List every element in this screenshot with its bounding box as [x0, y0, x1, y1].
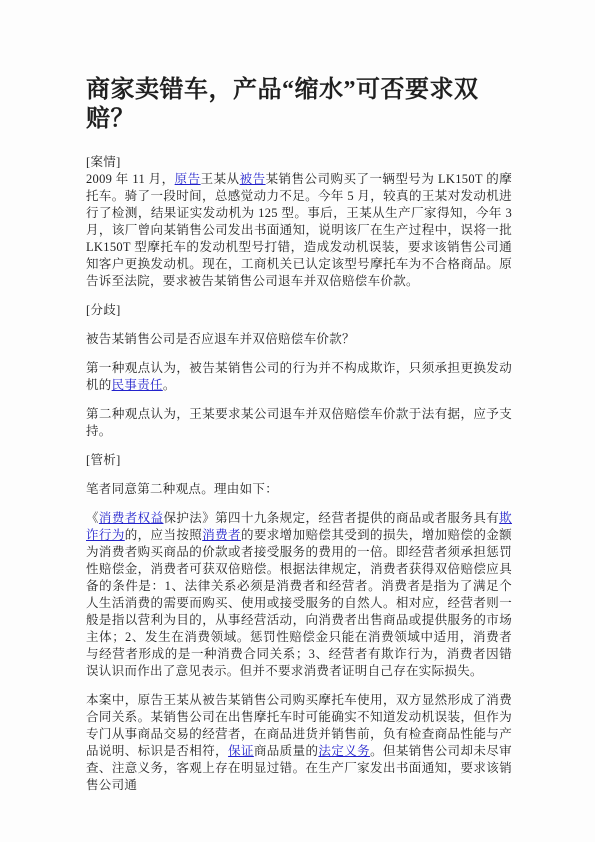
section-label-case: [案情] [86, 154, 512, 171]
inline-doc-link[interactable]: 消费者 [202, 528, 241, 542]
paragraph-author-opinion: 笔者同意第二种观点。理由如下： [86, 481, 512, 498]
paragraph-dispute-question: 被告某销售公司是否应退车并双倍赔偿车价款？ [86, 331, 512, 348]
section-label-dispute: [分歧] [86, 302, 512, 319]
paragraph-case-facts: 2009 年 11 月，原告王某从被告某销售公司购买了一辆型号为 LK150T … [86, 171, 512, 290]
document-title: 商家卖错车，产品“缩水”可否要求双赔？ [86, 76, 512, 134]
paragraph-viewpoint-1: 第一种观点认为，被告某销售公司的行为并不构成欺诈，只须承担更换发动机的民事责任。 [86, 360, 512, 394]
document-page: 商家卖错车，产品“缩水”可否要求双赔？ [案情] 2009 年 11 月，原告王… [0, 0, 595, 842]
paragraph-case-application: 本案中，原告王某从被告某销售公司购买摩托车使用，双方显然形成了消费合同关系。某销… [86, 692, 512, 794]
inline-doc-link[interactable]: 保证 [228, 744, 254, 758]
paragraph-viewpoint-2: 第二种观点认为，王某要求某公司退车并双倍赔偿车价款于法有据，应予支持。 [86, 406, 512, 440]
inline-doc-link[interactable]: 法定义务 [318, 744, 370, 758]
paragraph-law-basis: 《消费者权益保护法》第四十九条规定，经营者提供的商品或者服务具有欺诈行为的，应当… [86, 510, 512, 680]
inline-doc-link[interactable]: 民事责任 [112, 378, 163, 392]
document-content: 商家卖错车，产品“缩水”可否要求双赔？ [案情] 2009 年 11 月，原告王… [86, 76, 512, 794]
inline-doc-link[interactable]: 原告 [175, 172, 201, 186]
inline-doc-link[interactable]: 消费者权益 [99, 511, 164, 525]
inline-doc-link[interactable]: 被告 [240, 172, 266, 186]
section-label-analysis: [管析] [86, 452, 512, 469]
